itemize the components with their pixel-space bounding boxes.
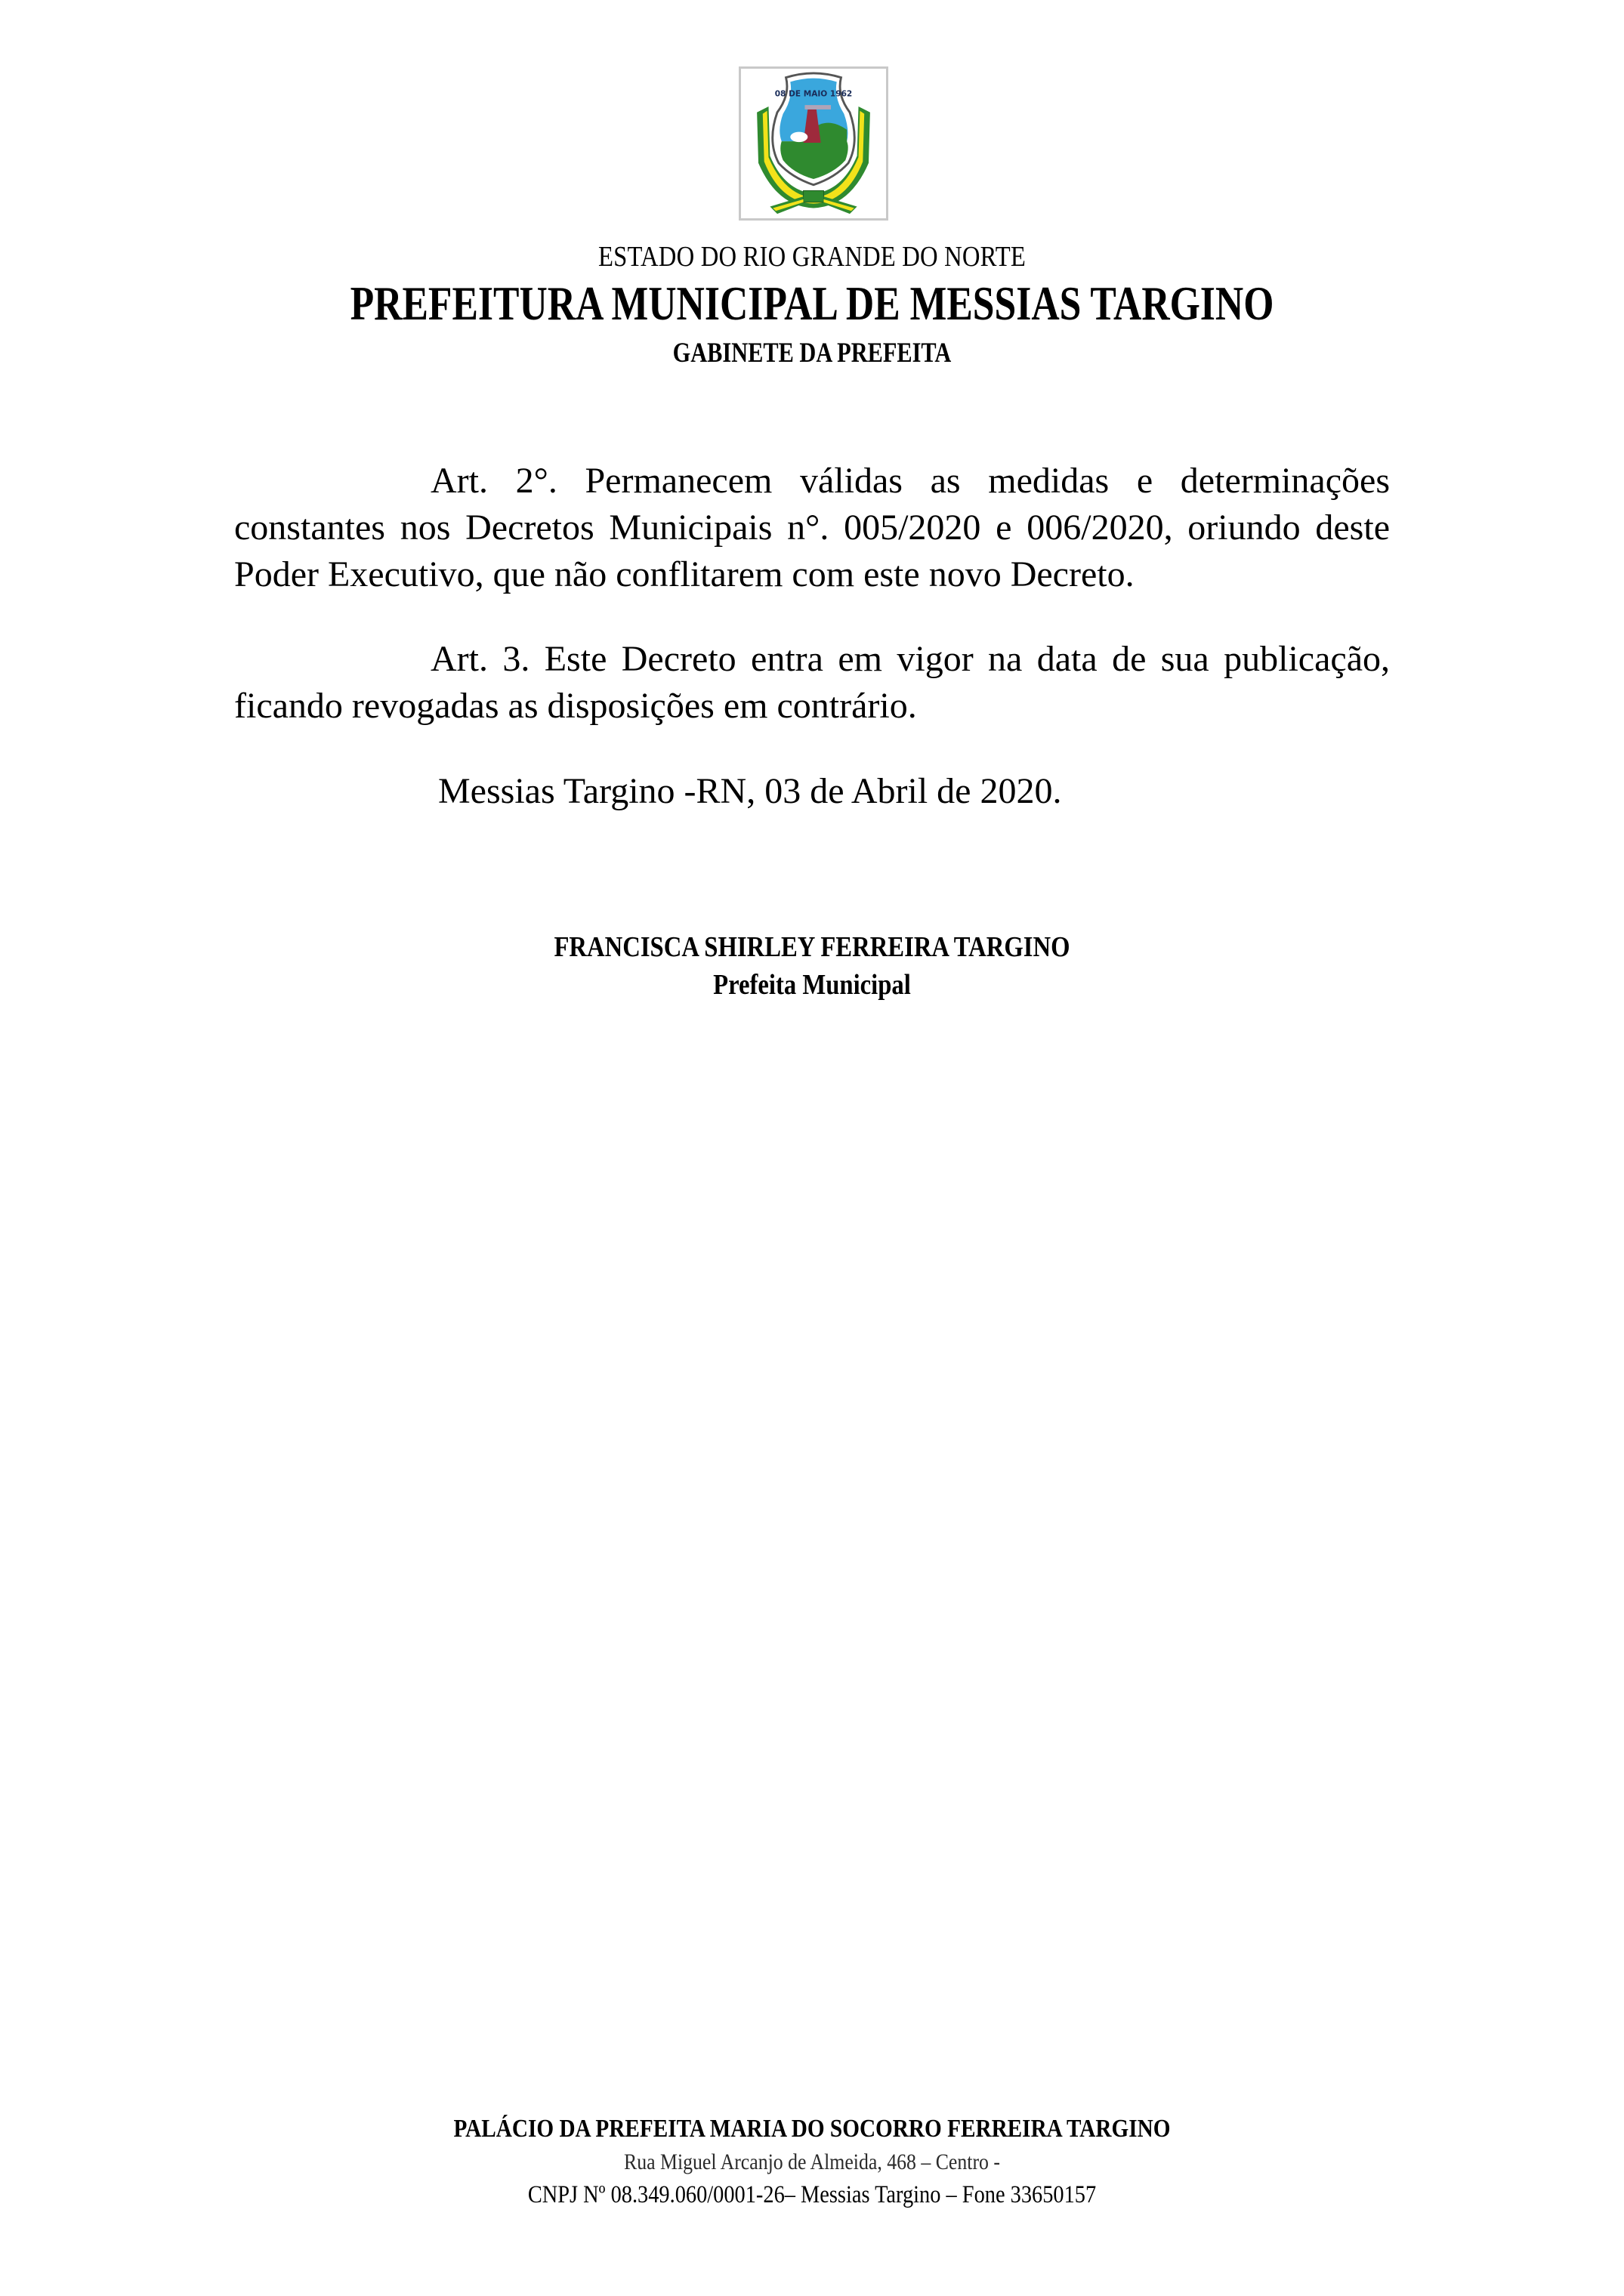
coat-of-arms-icon: 08 DE MAIO 1962 (739, 66, 888, 221)
footer-address: Rua Miguel Arcanjo de Almeida, 468 – Cen… (114, 2149, 1511, 2175)
article-2-text: Art. 2°. Permanecem válidas as medidas e… (234, 458, 1390, 598)
footer-cnpj-contact: CNPJ Nº 08.349.060/0001-26– Messias Targ… (114, 2181, 1511, 2209)
article-3-text: Art. 3. Este Decreto entra em vigor na d… (234, 636, 1390, 730)
svg-text:08 DE MAIO 1962: 08 DE MAIO 1962 (775, 90, 853, 99)
article-2-paragraph: Art. 2°. Permanecem válidas as medidas e… (234, 458, 1390, 598)
article-3-paragraph: Art. 3. Este Decreto entra em vigor na d… (234, 636, 1390, 730)
document-page: 08 DE MAIO 1962 ESTADO DO RIO GRANDE DO … (0, 0, 1624, 2296)
signatory-name: FRANCISCA SHIRLEY FERREIRA TARGINO (114, 930, 1511, 964)
date-location-line: Messias Targino -RN, 03 de Abril de 2020… (438, 770, 1061, 812)
signatory-role: Prefeita Municipal (114, 968, 1511, 1001)
footer-palace-name: PALÁCIO DA PREFEITA MARIA DO SOCORRO FER… (114, 2115, 1511, 2143)
cabinet-subtitle: GABINETE DA PREFEITA (147, 337, 1478, 369)
state-heading: ESTADO DO RIO GRANDE DO NORTE (114, 240, 1511, 273)
municipality-title: PREFEITURA MUNICIPAL DE MESSIAS TARGINO (147, 276, 1478, 332)
